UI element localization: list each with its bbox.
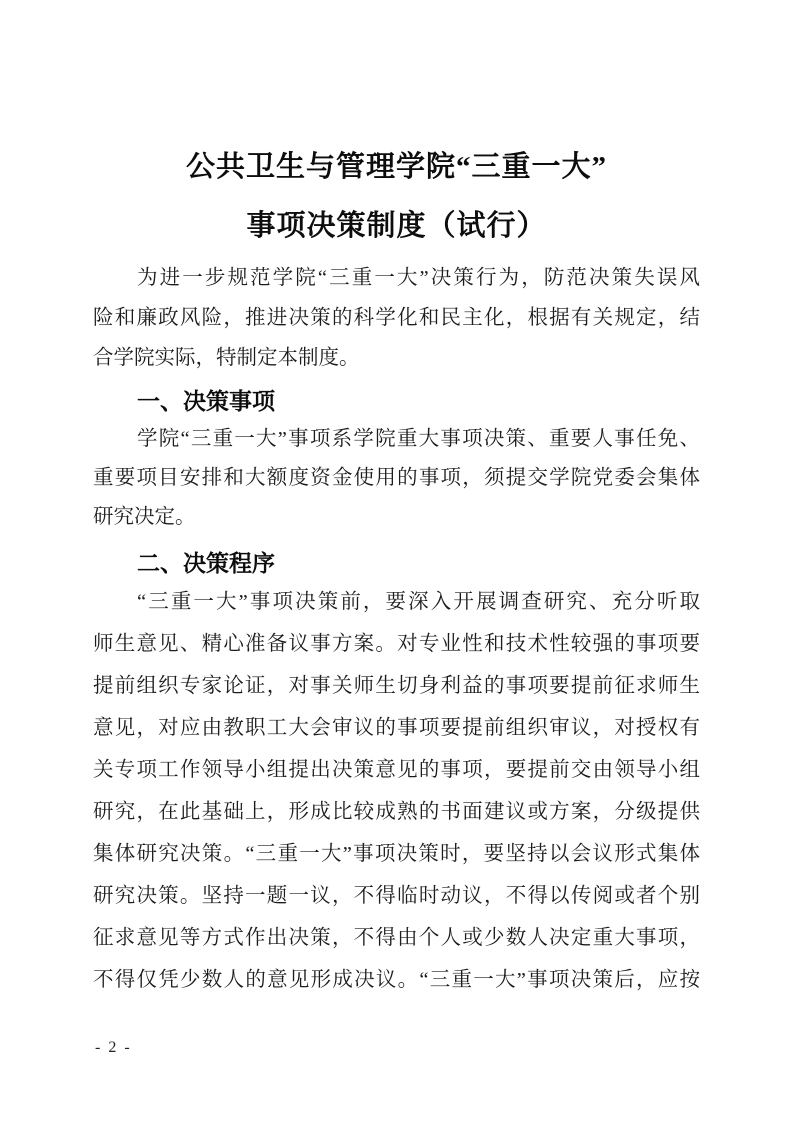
- paragraph-line: 研究决定。: [93, 498, 700, 537]
- paragraph-decision-items: 学院“三重一大”事项系学院重大事项决策、重要人事任免、 重要项目安排和大额度资金…: [93, 420, 700, 537]
- heading-decision-procedure: 二、决策程序: [93, 551, 700, 575]
- heading-decision-items: 一、决策事项: [93, 389, 700, 413]
- paragraph-line: 学院“三重一大”事项系学院重大事项决策、重要人事任免、: [93, 420, 700, 459]
- paragraph-line: 集体研究决策。“三重一大”事项决策时，要坚持以会议形式集体: [93, 833, 700, 875]
- document-page: 公共卫生与管理学院“三重一大” 事项决策制度（试行） 为进一步规范学院“三重一大…: [0, 0, 793, 1122]
- document-title-line-2: 事项决策制度（试行）: [0, 207, 793, 245]
- paragraph-line: 重要项目安排和大额度资金使用的事项，须提交学院党委会集体: [93, 459, 700, 498]
- paragraph-line: 征求意见等方式作出决策，不得由个人或少数人决定重大事项，: [93, 917, 700, 959]
- paragraph-line: “三重一大”事项决策前，要深入开展调查研究、充分听取: [93, 581, 700, 623]
- paragraph-line: 研究决策。坚持一题一议，不得临时动议，不得以传阅或者个别: [93, 875, 700, 917]
- paragraph-line: 为进一步规范学院“三重一大”决策行为，防范决策失误风: [93, 258, 700, 298]
- paragraph-decision-procedure: “三重一大”事项决策前，要深入开展调查研究、充分听取 师生意见、精心准备议事方案…: [93, 581, 700, 1001]
- paragraph-intro: 为进一步规范学院“三重一大”决策行为，防范决策失误风 险和廉政风险，推进决策的科…: [93, 258, 700, 378]
- page-number: - 2 -: [95, 1040, 132, 1056]
- document-title-line-1: 公共卫生与管理学院“三重一大”: [0, 148, 793, 186]
- paragraph-line: 师生意见、精心准备议事方案。对专业性和技术性较强的事项要: [93, 623, 700, 665]
- paragraph-line: 意见，对应由教职工大会审议的事项要提前组织审议，对授权有: [93, 707, 700, 749]
- paragraph-line: 险和廉政风险，推进决策的科学化和民主化，根据有关规定，结: [93, 298, 700, 338]
- paragraph-line: 不得仅凭少数人的意见形成决议。“三重一大”事项决策后，应按: [93, 959, 700, 1001]
- paragraph-line: 研究，在此基础上，形成比较成熟的书面建议或方案，分级提供: [93, 791, 700, 833]
- paragraph-line: 关专项工作领导小组提出决策意见的事项，要提前交由领导小组: [93, 749, 700, 791]
- paragraph-line: 合学院实际，特制定本制度。: [93, 338, 700, 378]
- paragraph-line: 提前组织专家论证，对事关师生切身利益的事项要提前征求师生: [93, 665, 700, 707]
